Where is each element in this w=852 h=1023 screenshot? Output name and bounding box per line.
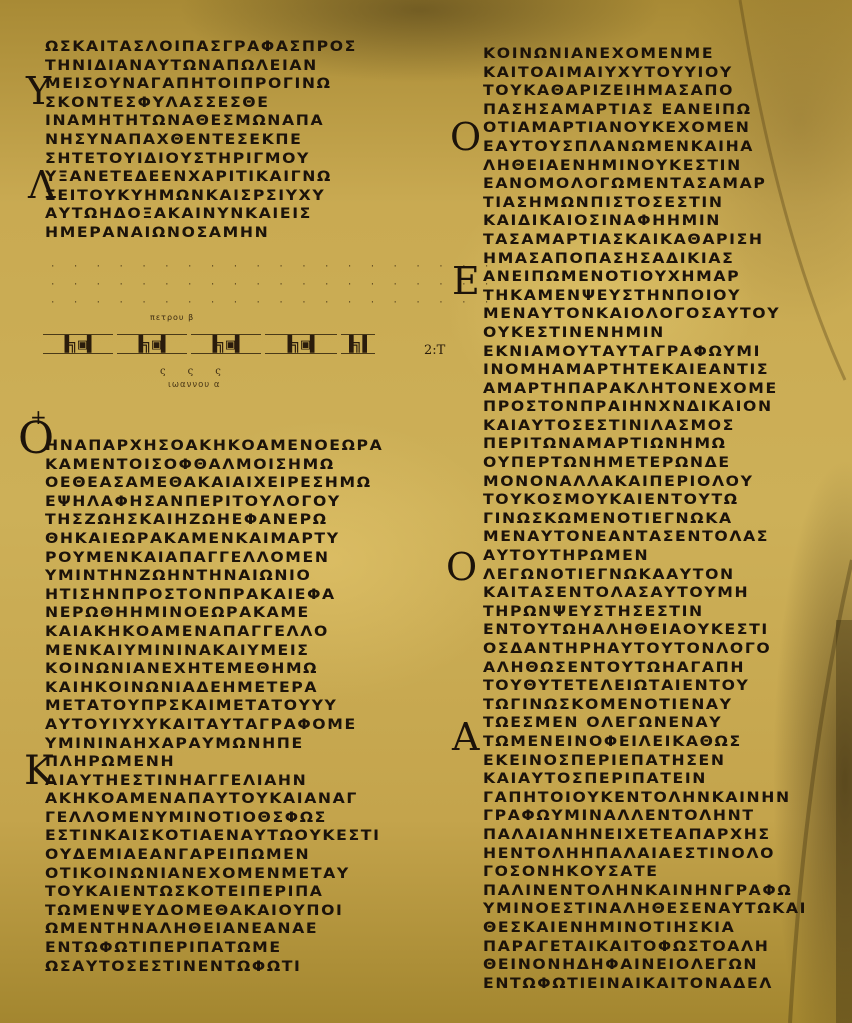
text-line: τουκοσμουκαιεντουτω — [483, 491, 807, 510]
text-line: ληθειαενημινουκεστιν — [483, 157, 807, 176]
text-line: οεθεασαμεθακαιαιχειρεσημω — [45, 474, 383, 493]
text-line: οτιαμαρτιανουκεχομεν — [483, 119, 807, 138]
text-line: τουκαθαριζειημασαπο — [483, 82, 807, 101]
text-line: εψηλαφησανπεριτουλογου — [45, 493, 383, 512]
text-line: μενκαιυμινινακαιυμεισ — [45, 642, 383, 661]
text-line: ινομηαμαρτητεκαιεαντισ — [483, 361, 807, 380]
text-line: σκοντεσφυλασσεσθε — [45, 94, 357, 113]
text-line: μεναυτονκαιολογοσαυτου — [483, 305, 807, 324]
text-line: σητετουιδιουστηριγμου — [45, 150, 357, 169]
text-line: τουκαιεντωσκοτειπεριπα — [45, 883, 383, 902]
text-line: μεισουναγαπητοιπρογινω — [45, 75, 357, 94]
text-line: τωεσμεν ολεγωνεναυ — [483, 714, 807, 733]
text-line: μεναυτονεαντασεντολασ — [483, 528, 807, 547]
initial-letter: Ο — [446, 548, 477, 586]
text-line: υμινιναηχαραυμωνηπε — [45, 735, 383, 754]
text-line: εανομολογωμεντασαμαρ — [483, 175, 807, 194]
text-line: αιαυτηεστινηαγγελιαην — [45, 772, 383, 791]
text-line: ιναμητητωναθεσμωναπα — [45, 112, 357, 131]
text-line: τασαμαρτιασκαικαθαριση — [483, 231, 807, 250]
dotted-line-filler: · · · · · · · · · · · · · · · · · · · · — [50, 280, 495, 290]
text-line: νησυναπαχθεντεσεκπε — [45, 131, 357, 150]
text-line: ακηκοαμεναπαυτουκαιαναγ — [45, 790, 383, 809]
text-line: ημασαποπασησαδικιασ — [483, 250, 807, 269]
text-line: τουθυτετελειωταιεντου — [483, 677, 807, 696]
text-line: υμινοεστιναληθεσεναυτωκαι — [483, 900, 807, 919]
left-column-bottom-text: ηναπαρχησοακηκοαμενοεωρα καμεντοισοφθαλμ… — [45, 437, 358, 976]
text-line: οσδαντηρηαυτουτονλογο — [483, 640, 807, 659]
text-line: τωμενεινοφειλεικαθωσ — [483, 733, 807, 752]
text-line: εντουτωηαληθειαουκεστι — [483, 621, 807, 640]
text-line: καιηκοινωνιαδεημετερα — [45, 679, 383, 698]
text-line: ηεντοληηπαλαιαεστινολο — [483, 845, 807, 864]
text-line: περιτωναμαρτιωνημω — [483, 435, 807, 454]
text-line: μονοναλλακαιπεριολου — [483, 473, 807, 492]
ornament-icon: ▐╗▣▌ — [43, 334, 113, 354]
text-line: εαυτουσπλανωμενκαιηα — [483, 138, 807, 157]
initial-letter: Υ — [26, 72, 51, 110]
decorative-coronis-band: ▐╗▣▌ ▐╗▣▌ ▐╗▣▌ ▐╗▣▌ ▐╗▌ — [43, 333, 381, 355]
text-line: ηναπαρχησοακηκοαμενοεωρα — [45, 437, 383, 456]
text-line: αληθωσεντουτωηαγαπη — [483, 659, 807, 678]
text-line: ουδεμιαεανγαρειπωμεν — [45, 846, 383, 865]
text-line: καιτοαιμαιυχυτουυιου — [483, 64, 807, 83]
text-line: λεγωνοτιεγνωκααυτον — [483, 566, 807, 585]
text-line: καιτασεντολασαυτουμη — [483, 584, 807, 603]
text-line: καιαυτοσεστινιλασμοσ — [483, 417, 807, 436]
text-line: ρουμενκαιαπαγγελλομεν — [45, 549, 383, 568]
initial-letter: Ο — [450, 118, 481, 156]
text-line: αυτουιυχυκαιταυταγραφομε — [45, 716, 383, 735]
initial-letter: Ο — [18, 420, 54, 458]
text-line: γραφωυμιναλλεντοληντ — [483, 807, 807, 826]
text-line: κοινωνιανεχομενμε — [483, 45, 807, 64]
text-line: ουκεστινενημιν — [483, 324, 807, 343]
text-line: τηρωνψευστησεστιν — [483, 603, 807, 622]
text-line: θηκαιεωρακαμενκαιμαρτυ — [45, 530, 383, 549]
ornament-icon: ▐╗▣▌ — [191, 334, 261, 354]
text-line: γινωσκωμενοτιεγνωκα — [483, 510, 807, 529]
text-line: ητισηνπροστονπρακαιεφα — [45, 586, 383, 605]
left-column-top-text: ωσκαιτασλοιπασγραφασπροσ τηνιδιαναυτωναπ… — [45, 38, 334, 243]
text-line: υμιντηνζωηντηναιωνιο — [45, 567, 383, 586]
text-line: παλαιανηνειχετεαπαρχησ — [483, 826, 807, 845]
initial-letter: Α — [452, 718, 479, 756]
text-line: πασησαμαρτιασ εανειπω — [483, 101, 807, 120]
text-line: καιαυτοσπεριπατειν — [483, 770, 807, 789]
text-line: οτικοινωνιανεχομενμεταυ — [45, 865, 383, 884]
text-line: υξανετεδεενχαριτικαιγνω — [45, 168, 357, 187]
ornament-icon: ▐╗▌ — [341, 334, 375, 354]
text-line: νερωθηημινοεωρακαμε — [45, 604, 383, 623]
text-line: τωμενψευδομεθακαιουποι — [45, 902, 383, 921]
text-line: γελλομενυμινοτιοθσφωσ — [45, 809, 383, 828]
text-line: θεινονηδηφαινειολεγων — [483, 956, 807, 975]
text-line: πληρωμενη — [45, 753, 383, 772]
text-line: καμεντοισοφθαλμοισημω — [45, 456, 383, 475]
book-subscription: πετρου β — [150, 313, 194, 322]
text-line: προστονπραιηνχνδικαιον — [483, 398, 807, 417]
dotted-line-filler: · · · · · · · · · · · · · · · · · · · · — [50, 262, 495, 272]
text-line: τωγινωσκομενοτιεναυ — [483, 696, 807, 715]
text-line: καιακηκοαμεναπαγγελλο — [45, 623, 383, 642]
initial-letter: Λ — [28, 166, 55, 204]
text-line: αυτωηδοξακαινυνκαιεισ — [45, 205, 357, 224]
margin-chapter-note: 2:Τ — [424, 343, 445, 358]
ornament-icon: ▐╗▣▌ — [265, 334, 337, 354]
text-line: τιασημωνπιστοσεστιν — [483, 194, 807, 213]
initial-letter: Κ — [24, 752, 54, 790]
text-line: σειτουκυημωνκαισρσιυχυ — [45, 187, 357, 206]
text-line: εντωφωτιπεριπατωμε — [45, 939, 383, 958]
text-line: εντωφωτιειναικαιτοναδελ — [483, 975, 807, 994]
text-line: τησζωησκαιηζωηεφανερω — [45, 511, 383, 530]
text-line: ωμεντηναληθειανεαναε — [45, 920, 383, 939]
text-line: μετατουπρσκαιμετατουυυ — [45, 697, 383, 716]
text-line: κοινωνιανεχητεμεθημω — [45, 660, 383, 679]
text-line: παραγεταικαιτοφωστοαλη — [483, 938, 807, 957]
text-line: τηκαμενψευστηνποιου — [483, 287, 807, 306]
text-line: τηνιδιαναυτωναπωλειαν — [45, 57, 357, 76]
text-line: ανειπωμενοτιουχημαρ — [483, 268, 807, 287]
book-title: ιωαννου α — [168, 380, 221, 390]
text-line: ουπερτωνημετερωνδε — [483, 454, 807, 473]
title-accent-marks: ςςς — [160, 366, 243, 377]
initial-letter: Ε — [452, 262, 480, 300]
text-line: παλινεντοληνκαινηνγραφω — [483, 882, 807, 901]
dotted-line-filler: · · · · · · · · · · · · · · · · · · · · — [50, 298, 495, 308]
text-line: ωσαυτοσεστινεντωφωτι — [45, 958, 383, 977]
text-line: εκεινοσπεριεπατησεν — [483, 752, 807, 771]
right-column-text: κοινωνιανεχομενμε καιτοαιμαιυχυτουυιου τ… — [483, 45, 783, 993]
text-line: γοσονηκουσατε — [483, 863, 807, 882]
ornament-icon: ▐╗▣▌ — [117, 334, 187, 354]
text-line: γαπητοιουκεντοληνκαινην — [483, 789, 807, 808]
text-line: ημεραναιωνοσαμην — [45, 224, 357, 243]
text-line: ωσκαιτασλοιπασγραφασπροσ — [45, 38, 357, 57]
text-line: καιδικαιοσιναφηημιν — [483, 212, 807, 231]
text-line: εστινκαισκοτιαεναυτωουκεστι — [45, 827, 383, 846]
text-line: θεσκαιενημινοτιησκια — [483, 919, 807, 938]
text-line: εκνιαμουταυταγραφωυμι — [483, 343, 807, 362]
text-line: αυτουτηρωμεν — [483, 547, 807, 566]
text-line: αμαρτηπαρακλητονεχομε — [483, 380, 807, 399]
